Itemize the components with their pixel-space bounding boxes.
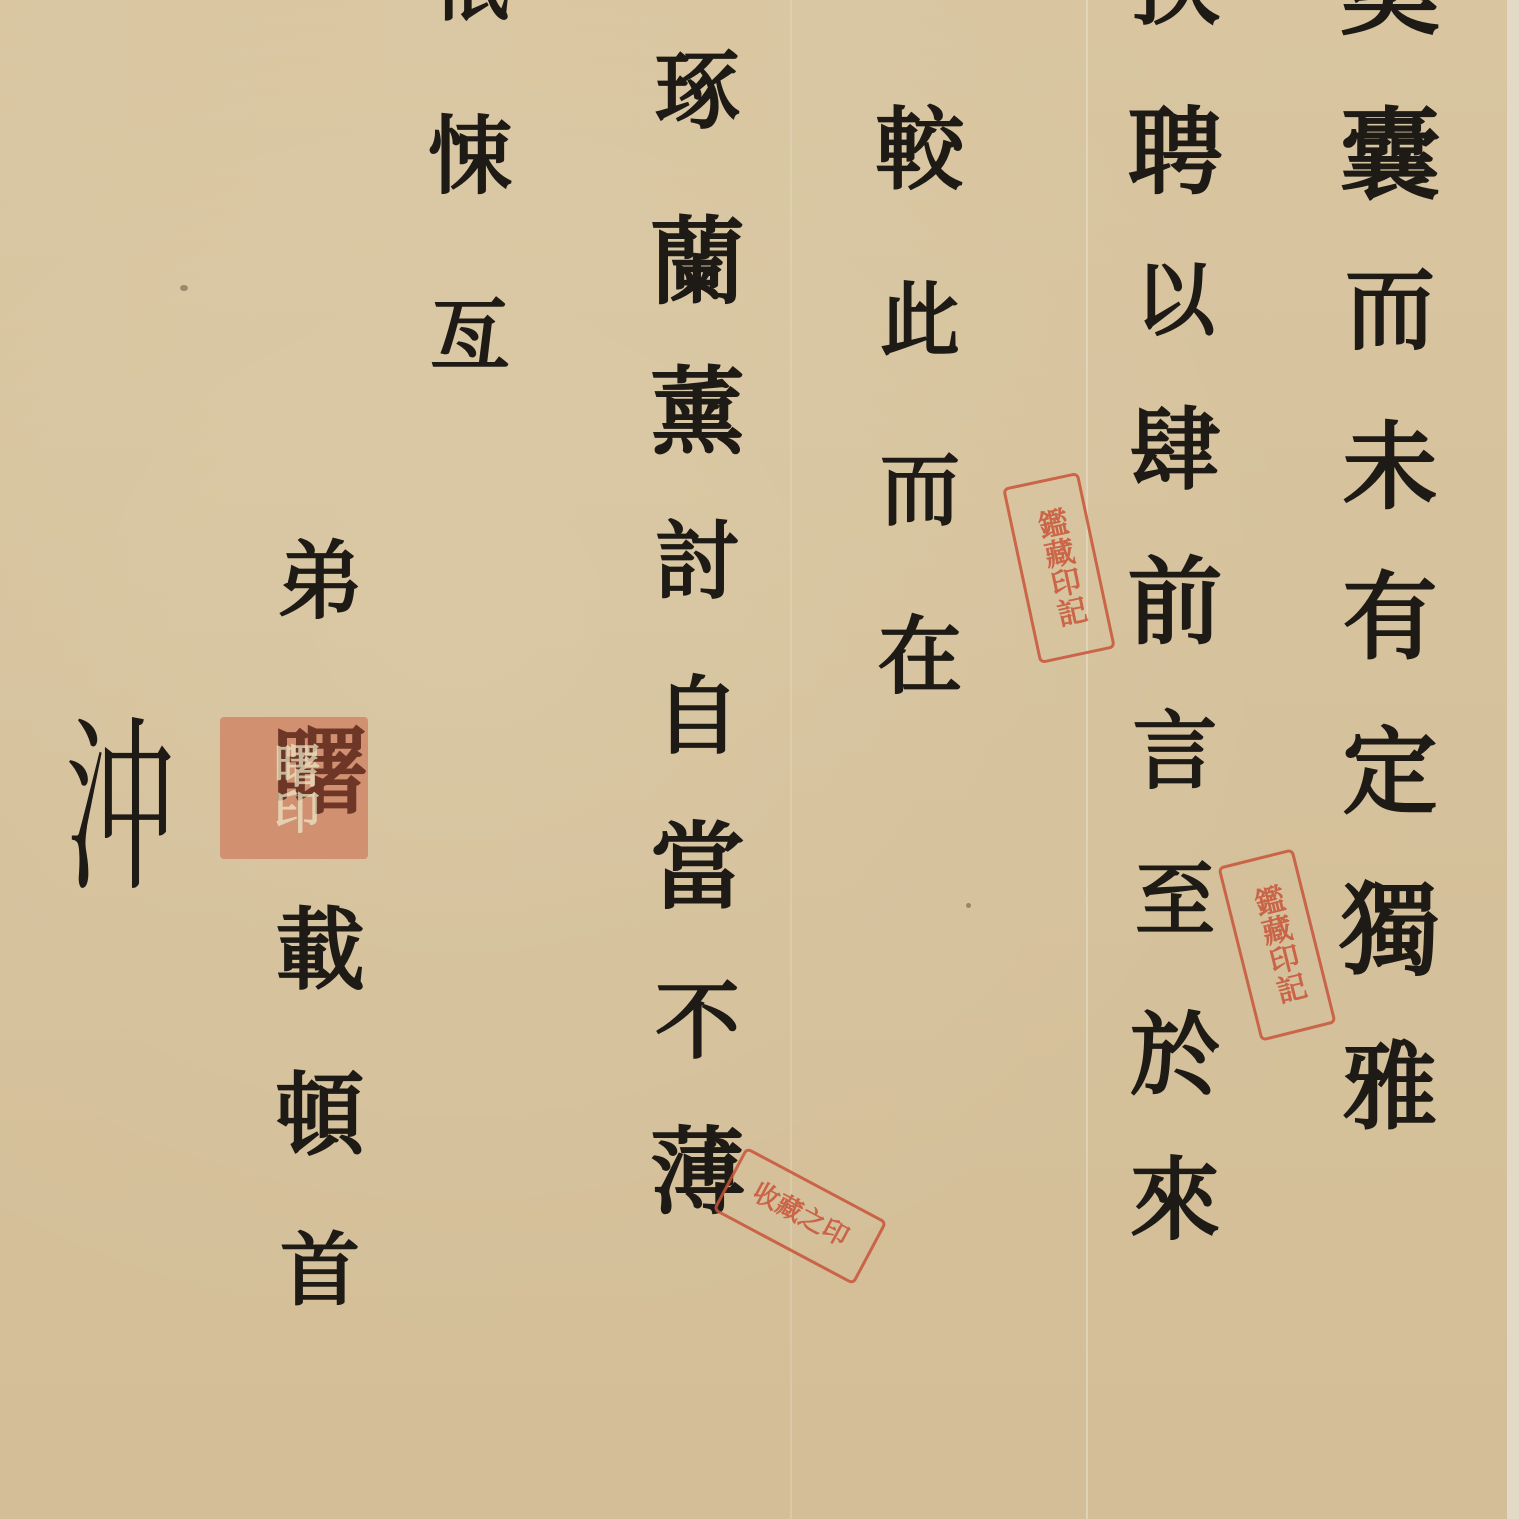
character: 聘 [1127,105,1222,200]
character: 來 [1130,1155,1220,1245]
paper-fold-line [1086,0,1088,1519]
mount-border [1507,0,1519,1519]
character: 琢 [655,50,740,135]
cursive-character: 沖 [65,715,175,902]
signature-character: 載 [275,905,365,995]
character: 以 [1135,260,1215,340]
character: 在 [877,615,962,700]
addressee-column: 沖 [75,715,165,825]
character: 亙 [430,295,510,375]
paper-spot [966,903,971,908]
signature-character: 弟 [277,540,362,625]
character: 囊 [1340,105,1440,205]
text-column-5: 祇 悚 亙 [410,0,530,375]
character: 言 [1132,710,1217,795]
character: 扶 [1130,0,1220,30]
character: 未 [1342,420,1437,515]
character: 自 [655,675,740,760]
character: 此 [880,280,960,360]
character: 祇 [430,0,510,25]
text-column-2: 扶 聘 以 肆 前 言 至 於 來 [1110,0,1240,1245]
character: 較 [875,105,965,195]
text-column-1: 奚 囊 而 未 有 定 獨 雅 [1325,0,1455,1135]
character: 肆 [1130,405,1220,495]
character: 而 [1345,265,1435,355]
character: 當 [650,820,745,915]
character: 前 [1127,555,1222,650]
artist-seal: 曙印 [220,717,368,859]
character: 討 [655,520,740,605]
character: 至 [1135,860,1215,940]
paper-fold-line [790,0,792,1519]
signature-character: 頓 [275,1070,365,1160]
character: 雅 [1342,1040,1437,1135]
character: 定 [1342,725,1437,820]
character: 悚 [427,115,512,200]
text-column-4: 琢 蘭 薰 討 自 當 不 薄 [635,50,760,1220]
character: 薰 [650,365,745,460]
signature-column: 弟 曙 載 頓 首 [255,540,385,1310]
character: 有 [1342,570,1437,665]
paper-spot [180,285,188,291]
character: 奚 [1340,0,1440,40]
character: 於 [1130,1010,1220,1100]
character: 蘭 [650,215,745,310]
character: 不 [655,980,740,1065]
signature-character: 首 [280,1230,360,1310]
character: 獨 [1340,880,1440,980]
character: 而 [880,450,960,530]
text-column-3: 較 此 而 在 [860,105,980,700]
